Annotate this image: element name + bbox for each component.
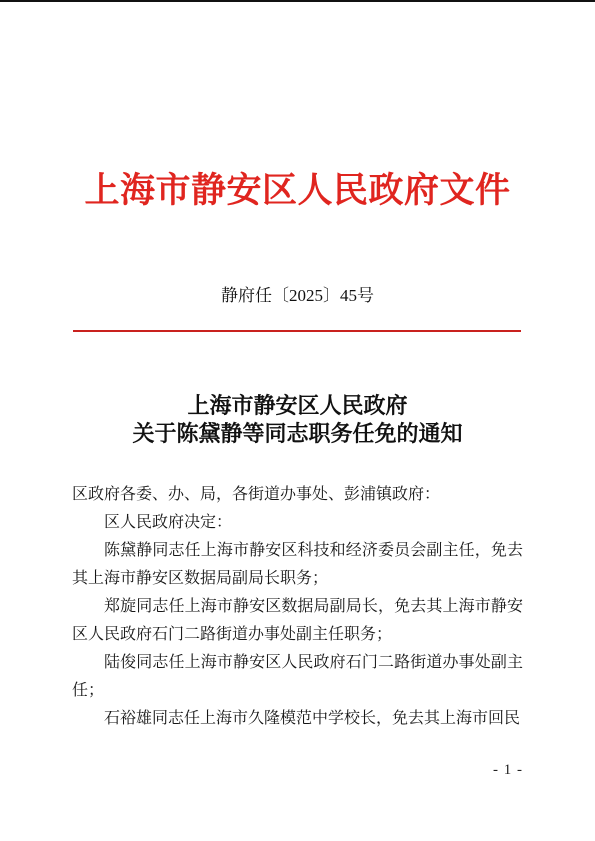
body-paragraph: 石裕雄同志任上海市久隆模范中学校长，免去其上海市回民 (72, 705, 523, 733)
red-divider-line (73, 330, 521, 332)
body-paragraph: 区人民政府决定： (72, 509, 523, 537)
document-title-line1: 上海市静安区人民政府 (0, 392, 595, 420)
document-title: 上海市静安区人民政府 关于陈黛静等同志职务任免的通知 (0, 392, 595, 448)
official-document-page: 上海市静安区人民政府文件 静府任〔2025〕45号 上海市静安区人民政府 关于陈… (0, 0, 595, 841)
document-header-title: 上海市静安区人民政府文件 (0, 166, 595, 216)
body-paragraph: 陈黛静同志任上海市静安区科技和经济委员会副主任，免去其上海市静安区数据局副局长职… (72, 537, 523, 593)
page-number: - 1 - (493, 760, 523, 780)
document-number: 静府任〔2025〕45号 (0, 284, 595, 308)
body-paragraph: 区政府各委、办、局，各街道办事处、彭浦镇政府： (72, 481, 523, 509)
page-top-edge-line (0, 0, 595, 2)
document-title-line2: 关于陈黛静等同志职务任免的通知 (0, 420, 595, 448)
body-paragraph: 陆俊同志任上海市静安区人民政府石门二路街道办事处副主任； (72, 649, 523, 705)
body-paragraph: 郑旋同志任上海市静安区数据局副局长，免去其上海市静安区人民政府石门二路街道办事处… (72, 593, 523, 649)
document-body: 区政府各委、办、局，各街道办事处、彭浦镇政府：区人民政府决定：陈黛静同志任上海市… (72, 481, 523, 733)
